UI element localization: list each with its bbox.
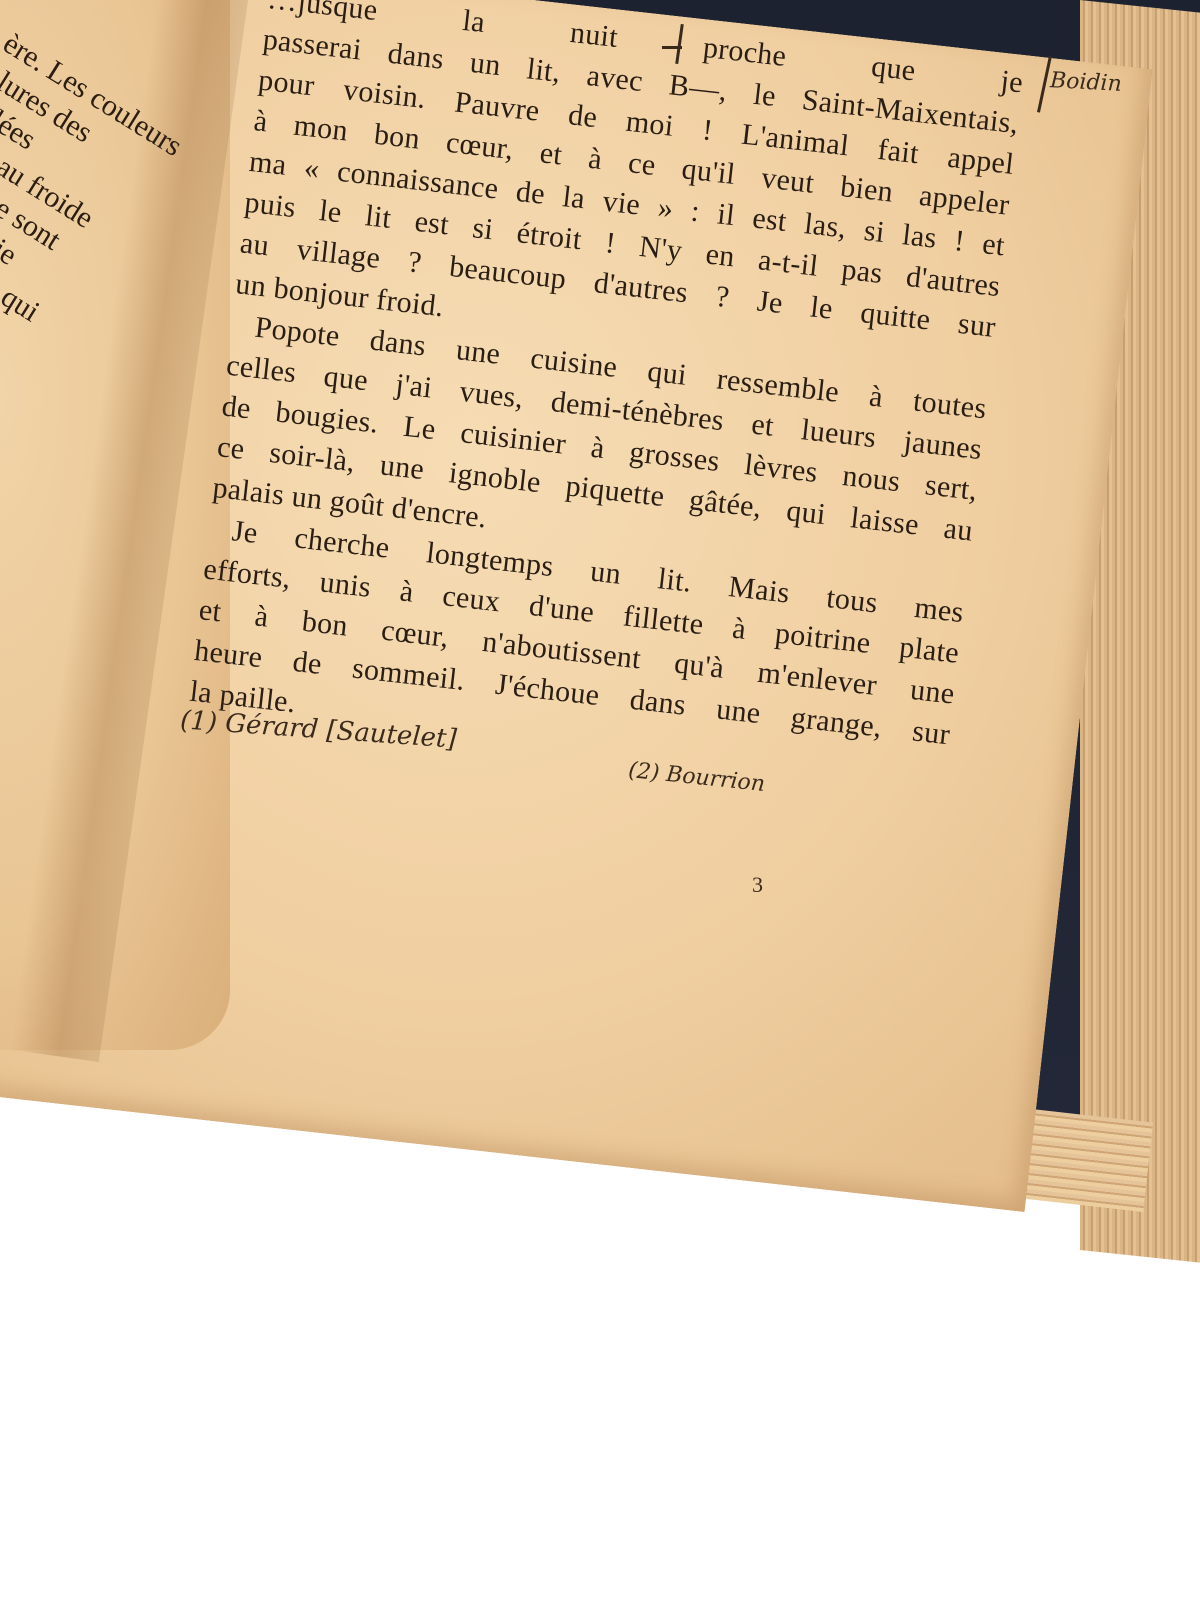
handwritten-cross-mark <box>662 46 682 49</box>
margin-note: Boidin <box>1049 68 1122 97</box>
book-photo: …ère. Les couleurs …blures des …aillées … <box>0 0 1200 1600</box>
page-number: 3 <box>752 872 763 898</box>
right-page-text: …jusque la nuit proche que je passerai d… <box>188 0 1045 798</box>
